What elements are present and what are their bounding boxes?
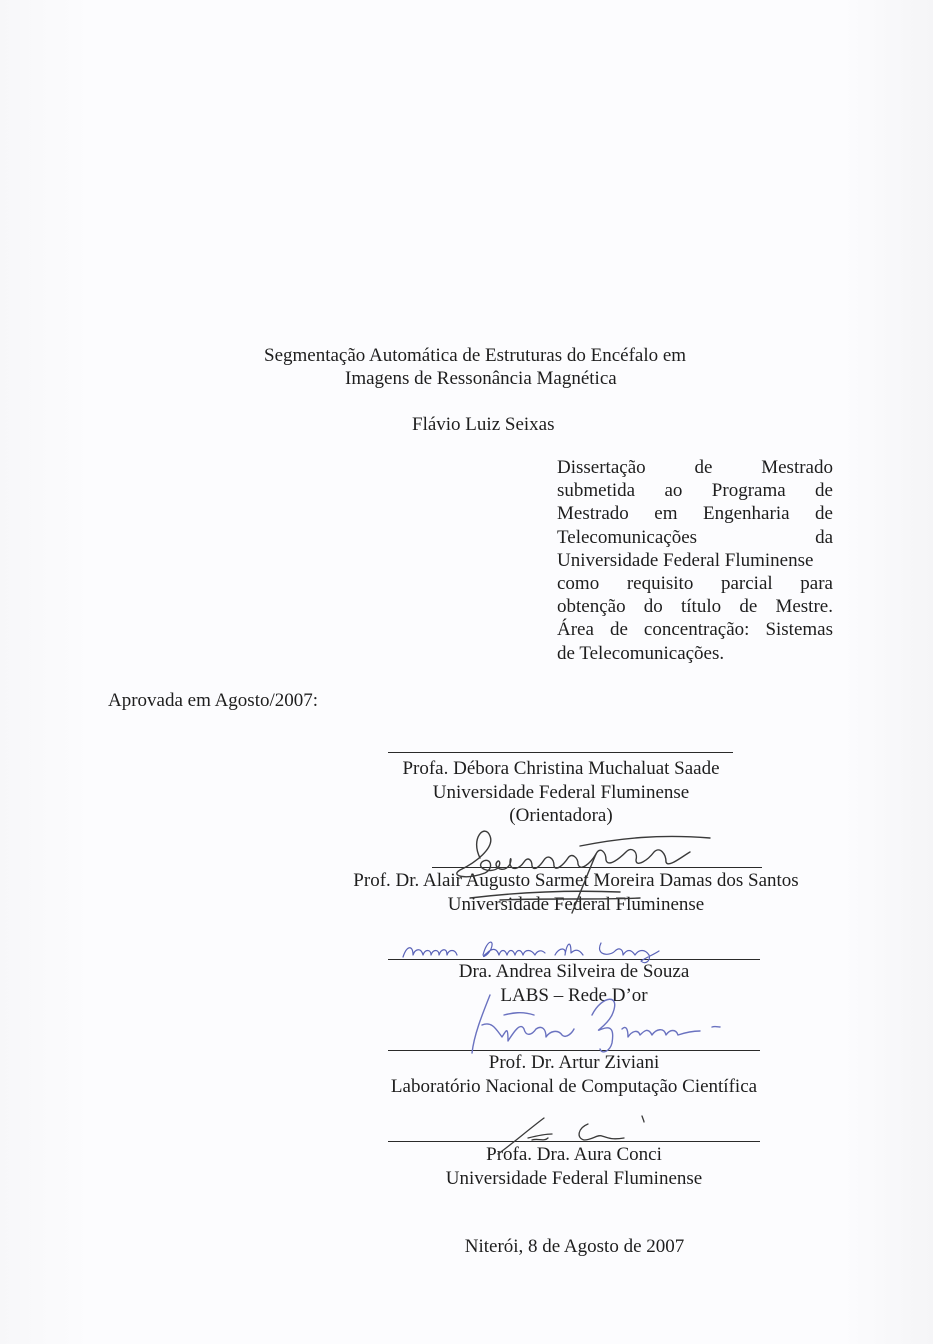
statement-line: submetidaaoProgramade [557, 479, 833, 502]
statement-line: de Telecomunicações. [557, 642, 833, 665]
scanned-page: Segmentação Automática de Estruturas do … [0, 0, 933, 1344]
handwritten-signature-5 [492, 1112, 672, 1157]
place-and-date: Niterói, 8 de Agosto de 2007 [0, 1236, 933, 1258]
approval-date-label: Aprovada em Agosto/2007: [108, 690, 318, 712]
member-affiliation: Universidade Federal Fluminense [388, 781, 734, 805]
statement-line: Universidade Federal Fluminense [557, 549, 833, 572]
signature-line-1 [388, 752, 733, 753]
member-affiliation: Laboratório Nacional de Computação Cient… [372, 1075, 776, 1099]
statement-line: MestradoemEngenhariade [557, 502, 833, 525]
handwritten-signature-3 [395, 935, 685, 965]
thesis-title-line-2: Imagens de Ressonância Magnética [345, 368, 617, 390]
statement-line: obtençãodotítulodeMestre. [557, 595, 833, 618]
statement-line: Telecomunicaçõesda [557, 526, 833, 549]
handwritten-signature-4 [462, 985, 732, 1060]
committee-member-1: Profa. Débora Christina Muchaluat Saade … [388, 757, 734, 828]
member-affiliation: Universidade Federal Fluminense [388, 1167, 760, 1191]
thesis-title-line-1: Segmentação Automática de Estruturas do … [264, 345, 686, 367]
statement-line: Áreadeconcentração:Sistemas [557, 618, 833, 641]
statement-line: DissertaçãodeMestrado [557, 456, 833, 479]
author-name: Flávio Luiz Seixas [412, 414, 554, 436]
dissertation-statement: DissertaçãodeMestradosubmetidaaoPrograma… [557, 456, 833, 665]
handwritten-signature-2 [440, 818, 740, 918]
statement-line: comorequisitoparcialpara [557, 572, 833, 595]
member-name: Profa. Débora Christina Muchaluat Saade [388, 757, 734, 781]
